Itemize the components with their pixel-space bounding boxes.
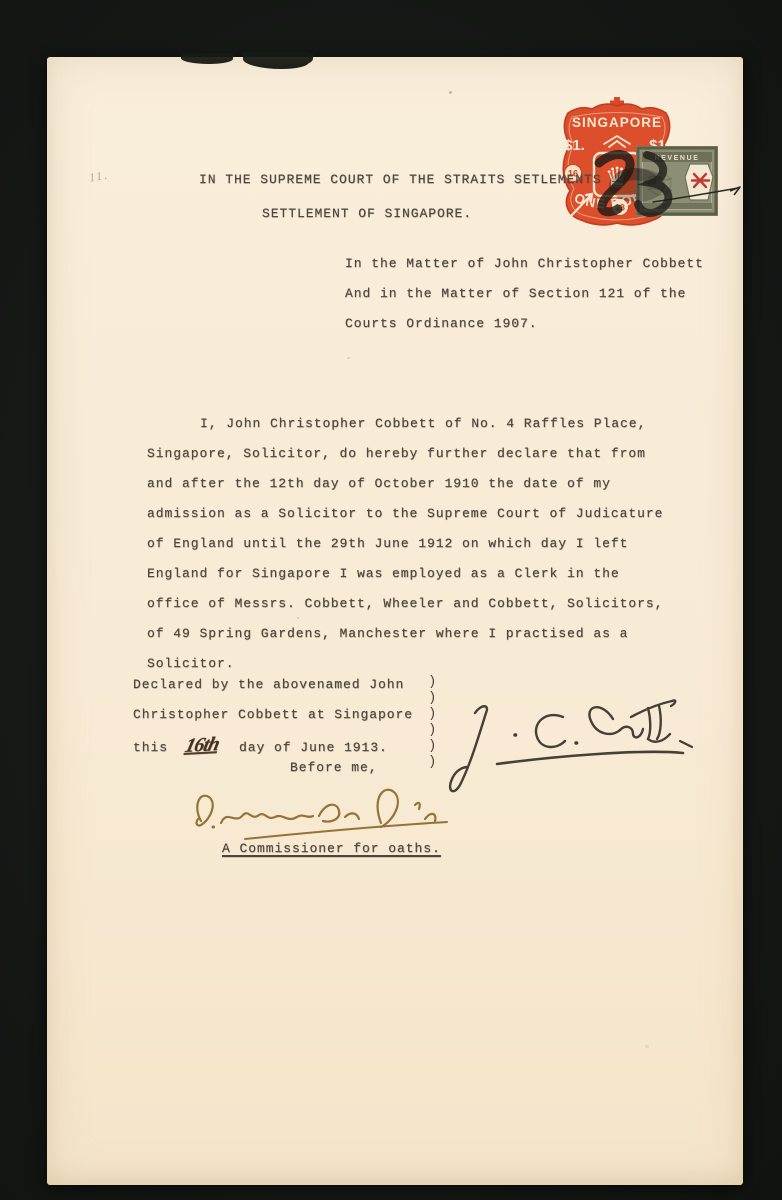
paper-speck [347,357,350,359]
commissioner-signature [185,783,475,847]
attestation-block: Declared by the abovenamed John Christop… [133,670,413,760]
declaration-body: I, John Christopher Cobbett of No. 4 Raf… [147,409,663,679]
court-heading-line1: IN THE SUPREME COURT OF THE STRAITS SETL… [199,172,602,187]
document-page: 11. IN THE SUPREME COURT OF THE STRAITS … [47,57,743,1185]
attestation-brace: ) ) ) ) ) ) [428,674,442,768]
bracket-glyph: ) [428,722,442,738]
corner-annotation: 11. [88,167,110,185]
body-line: I, John Christopher Cobbett of No. 4 Raf… [147,409,663,439]
body-line: and after the 12th day of October 1910 t… [147,469,663,499]
declarant-signature [445,697,725,809]
date-prefix: this [133,733,168,763]
matter-block: In the Matter of John Christopher Cobbet… [345,249,704,339]
body-line: of England until the 29th June 1912 on w… [147,529,663,559]
date-suffix: day of June 1913. [239,733,388,763]
bracket-glyph: ) [428,754,442,770]
commissioner-caption: A Commissioner for oaths. [222,841,441,856]
bracket-glyph: ) [428,738,442,754]
body-line: admission as a Solicitor to the Supreme … [147,499,663,529]
body-line: office of Messrs. Cobbett, Wheeler and C… [147,589,663,619]
stamp-country-label: SINGAPORE [572,115,662,130]
body-line: England for Singapore I was employed as … [147,559,663,589]
paper-speck [449,91,452,94]
before-me-label: Before me, [290,760,378,775]
body-line: of 49 Spring Gardens, Manchester where I… [147,619,663,649]
matter-line: And in the Matter of Section 121 of the [345,279,704,309]
attestation-line: Christopher Cobbett at Singapore [133,700,413,730]
paper-speck [297,617,299,619]
torn-edge-notch [181,53,233,64]
bracket-glyph: ) [428,674,442,690]
attestation-line: Declared by the abovenamed John [133,670,413,700]
matter-line: In the Matter of John Christopher Cobbet… [345,249,704,279]
handwritten-day: 16th [173,729,231,762]
body-line: Singapore, Solicitor, do hereby further … [147,439,663,469]
bracket-glyph: ) [428,690,442,706]
photo-background: 11. IN THE SUPREME COURT OF THE STRAITS … [0,0,782,1200]
court-heading-line2: SETTLEMENT OF SINGAPORE. [262,206,472,221]
bracket-glyph: ) [428,706,442,722]
attestation-date-line: this 16th day of June 1913. [133,730,413,760]
torn-edge-notch [279,53,313,66]
matter-line: Courts Ordinance 1907. [345,309,704,339]
paper-speck [645,1045,649,1048]
